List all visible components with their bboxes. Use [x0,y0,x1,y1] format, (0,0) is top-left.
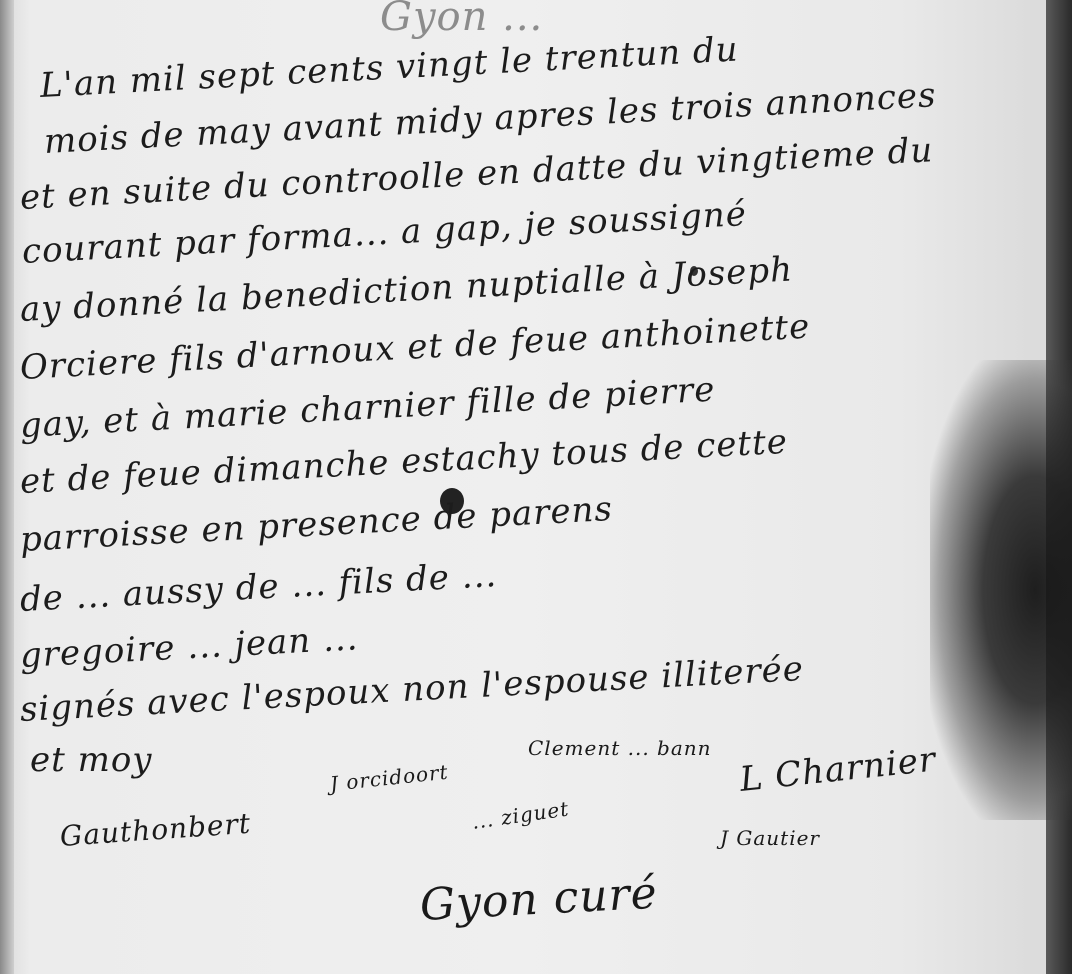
signature-clement: Clement ... bann [528,736,712,760]
register-page: Gyon ... L'an mil sept cents vingt le tr… [0,0,1072,974]
text-line-11: gregoire ... jean ... [19,618,359,676]
signature-gautier: J Gautier [720,826,820,850]
text-line-10: de ... aussy de ... fils de ... [19,555,498,620]
signature-charnier: L Charnier [738,740,938,800]
page-left-edge [0,0,14,974]
signature-orcidoort: J orcidoort [329,760,450,796]
signature-ziguet: ... ziguet [470,796,570,833]
header-fragment: Gyon ... [380,0,543,40]
text-line-13: et moy [30,740,153,780]
signature-gauthonbert: Gauthonbert [59,807,252,853]
text-line-9: parroisse en presence de parens [19,489,614,560]
ink-stain [930,360,1072,820]
signature-gyon-cure: Gyon curé [419,868,659,931]
